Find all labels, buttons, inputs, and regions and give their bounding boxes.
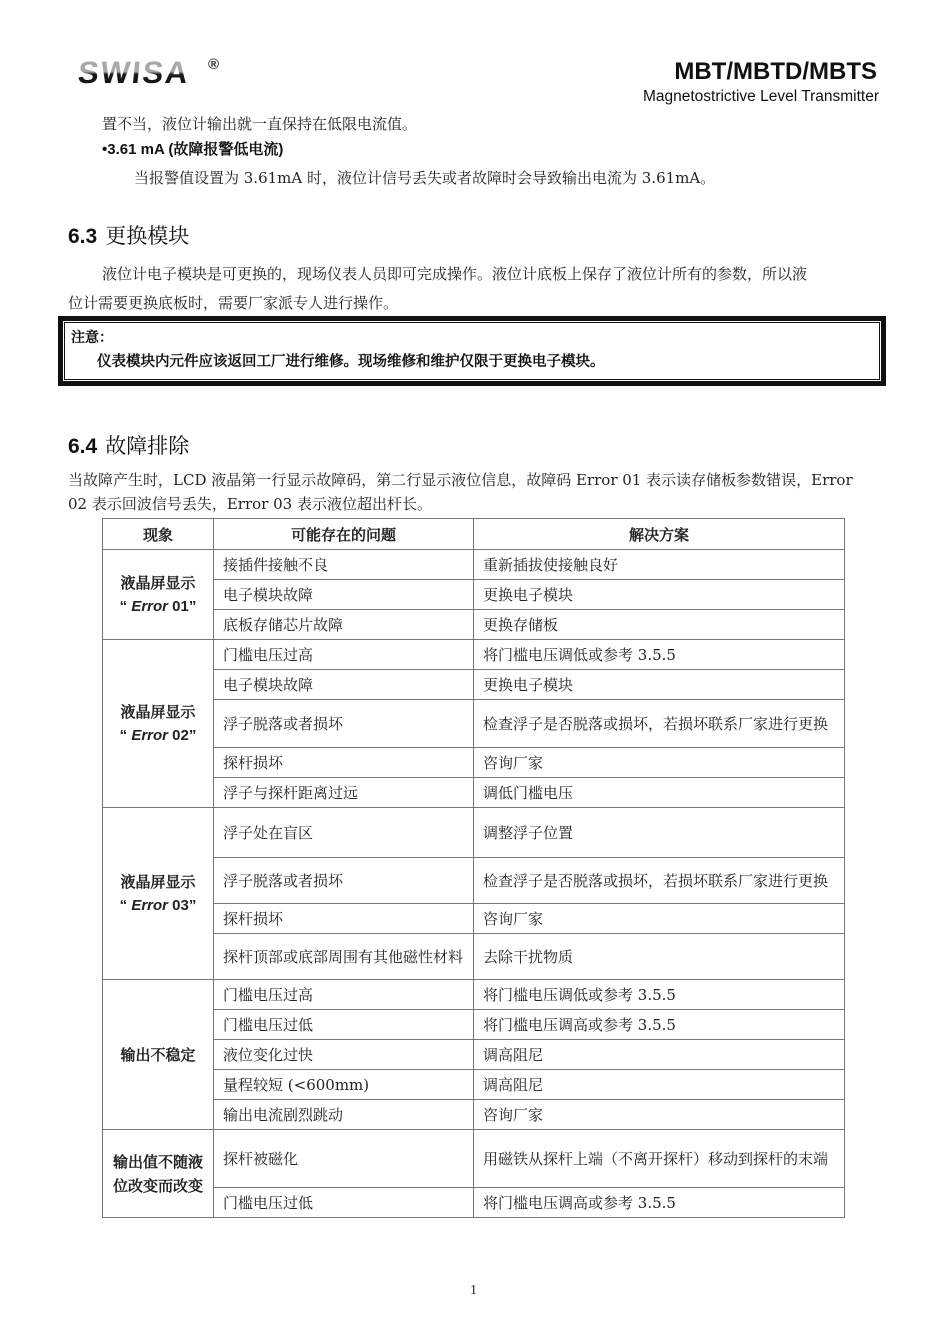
solution-cell: 将门槛电压调低或参考 3.5.5 [474,640,845,670]
solution-cell: 重新插拔使接触良好 [474,550,845,580]
error-word: Error [131,897,168,914]
problem-cell: 门槛电压过低 [214,1188,474,1218]
table-row: 探杆损坏 咨询厂家 [103,904,845,934]
solution-cell: 检查浮子是否脱落或损坏，若损坏联系厂家进行更换 [474,700,845,748]
problem-cell: 探杆损坏 [214,748,474,778]
intro-line: 置不当，液位计输出就一直保持在低限电流值。 [102,114,417,134]
error-number: 02” [168,727,196,744]
table-row: 液位变化过快 调高阻尼 [103,1040,845,1070]
note-body: 仪表模块内元件应该返回工厂进行维修。现场维修和维护仅限于更换电子模块。 [97,350,605,371]
error-code: “ Error 02” [107,724,209,748]
table-row: 液晶屏显示 “ Error 02” 门槛电压过高 将门槛电压调低或参考 3.5.… [103,640,845,670]
problem-cell: 量程较短 (<600mm) [214,1070,474,1100]
table-row: 输出值不随液位改变而改变 探杆被磁化 用磁铁从探杆上端（不离开探杆）移动到探杆的… [103,1130,845,1188]
symptom-label: 液晶屏显示 [107,870,209,894]
troubleshooting-table: 现象 可能存在的问题 解决方案 液晶屏显示 “ Error 01” 接插件接触不… [102,518,845,1218]
problem-cell: 浮子脱落或者损坏 [214,858,474,904]
section-paragraph-line: 位计需要更换底板时，需要厂家派专人进行操作。 [68,293,398,313]
table-row: 输出不稳定 门槛电压过高 将门槛电压调低或参考 3.5.5 [103,980,845,1010]
symptom-cell: 液晶屏显示 “ Error 03” [103,808,214,980]
solution-cell: 调高阻尼 [474,1040,845,1070]
solution-cell: 更换电子模块 [474,580,845,610]
solution-cell: 将门槛电压调高或参考 3.5.5 [474,1188,845,1218]
solution-cell: 调高阻尼 [474,1070,845,1100]
solution-cell: 用磁铁从探杆上端（不离开探杆）移动到探杆的末端 [474,1130,845,1188]
table-row: 门槛电压过低 将门槛电压调高或参考 3.5.5 [103,1188,845,1218]
problem-cell: 门槛电压过高 [214,980,474,1010]
table-row: 电子模块故障 更换电子模块 [103,580,845,610]
product-model: MBT/MBTD/MBTS [674,58,877,86]
bullet-heading: •3.61 mA (故障报警低电流) [102,138,283,159]
table-row: 底板存储芯片故障 更换存储板 [103,610,845,640]
product-subtitle: Magnetostrictive Level Transmitter [643,88,879,106]
section-paragraph-line: 液位计电子模块是可更换的，现场仪表人员即可完成操作。液位计底板上保存了液位计所有… [102,264,807,284]
solution-cell: 检查浮子是否脱落或损坏，若损坏联系厂家进行更换 [474,858,845,904]
table-row: 浮子脱落或者损坏 检查浮子是否脱落或损坏，若损坏联系厂家进行更换 [103,858,845,904]
symptom-cell: 液晶屏显示 “ Error 02” [103,640,214,808]
quote-open: “ [120,897,132,914]
problem-cell: 门槛电压过低 [214,1010,474,1040]
table-row: 电子模块故障 更换电子模块 [103,670,845,700]
section-heading-6-3: 6.3更换模块 [68,220,189,250]
problem-cell: 接插件接触不良 [214,550,474,580]
problem-cell: 电子模块故障 [214,670,474,700]
error-word: Error [131,727,168,744]
problem-cell: 门槛电压过高 [214,640,474,670]
intro-description: 当报警值设置为 3.61mA 时，液位计信号丢失或者故障时会导致输出电流为 3.… [134,168,715,188]
section-heading-6-4: 6.4故障排除 [68,430,189,460]
symptom-cell: 输出值不随液位改变而改变 [103,1130,214,1218]
problem-cell: 探杆损坏 [214,904,474,934]
problem-cell: 浮子与探杆距离过远 [214,778,474,808]
problem-cell: 输出电流剧烈跳动 [214,1100,474,1130]
problem-cell: 浮子处在盲区 [214,808,474,858]
problem-cell: 电子模块故障 [214,580,474,610]
section-title: 更换模块 [105,224,189,248]
solution-cell: 更换存储板 [474,610,845,640]
solution-cell: 咨询厂家 [474,748,845,778]
table-row: 探杆损坏 咨询厂家 [103,748,845,778]
problem-cell: 探杆顶部或底部周围有其他磁性材料 [214,934,474,980]
symptom-cell: 液晶屏显示 “ Error 01” [103,550,214,640]
section-title: 故障排除 [105,434,189,458]
solution-cell: 咨询厂家 [474,904,845,934]
solution-cell: 咨询厂家 [474,1100,845,1130]
note-title: 注意： [71,327,113,347]
table-row: 输出电流剧烈跳动 咨询厂家 [103,1100,845,1130]
solution-cell: 去除干扰物质 [474,934,845,980]
solution-cell: 将门槛电压调高或参考 3.5.5 [474,1010,845,1040]
swisa-logo: SWISA [76,56,191,90]
error-code: “ Error 01” [107,595,209,619]
solution-cell: 调低门槛电压 [474,778,845,808]
quote-open: “ [120,727,132,744]
section-number: 6.3 [68,225,97,248]
header-problem: 可能存在的问题 [214,519,474,550]
section-number: 6.4 [68,435,97,458]
symptom-cell: 输出不稳定 [103,980,214,1130]
error-number: 03” [168,897,196,914]
table-row: 液晶屏显示 “ Error 01” 接插件接触不良 重新插拔使接触良好 [103,550,845,580]
section-paragraph-line: 当故障产生时，LCD 液晶第一行显示故障码，第二行显示液位信息，故障码 Erro… [68,470,853,490]
error-code: “ Error 03” [107,894,209,918]
symptom-label: 液晶屏显示 [107,700,209,724]
table-row: 探杆顶部或底部周围有其他磁性材料 去除干扰物质 [103,934,845,980]
problem-cell: 浮子脱落或者损坏 [214,700,474,748]
header-symptom: 现象 [103,519,214,550]
problem-cell: 底板存储芯片故障 [214,610,474,640]
page-number: 1 [470,1283,477,1299]
registered-mark-icon: ® [208,56,219,73]
solution-cell: 调整浮子位置 [474,808,845,858]
table-row: 浮子与探杆距离过远 调低门槛电压 [103,778,845,808]
table-row: 门槛电压过低 将门槛电压调高或参考 3.5.5 [103,1010,845,1040]
table-row: 液晶屏显示 “ Error 03” 浮子处在盲区 调整浮子位置 [103,808,845,858]
solution-cell: 将门槛电压调低或参考 3.5.5 [474,980,845,1010]
error-word: Error [131,598,168,615]
quote-open: “ [120,598,132,615]
solution-cell: 更换电子模块 [474,670,845,700]
table-row: 浮子脱落或者损坏 检查浮子是否脱落或损坏，若损坏联系厂家进行更换 [103,700,845,748]
table-row: 量程较短 (<600mm) 调高阻尼 [103,1070,845,1100]
note-box: 注意： 仪表模块内元件应该返回工厂进行维修。现场维修和维护仅限于更换电子模块。 [58,316,886,386]
header-solution: 解决方案 [474,519,845,550]
section-paragraph-line: 02 表示回波信号丢失，Error 03 表示液位超出杆长。 [68,494,432,514]
symptom-label: 液晶屏显示 [107,571,209,595]
problem-cell: 液位变化过快 [214,1040,474,1070]
problem-cell: 探杆被磁化 [214,1130,474,1188]
error-number: 01” [168,598,196,615]
table-header-row: 现象 可能存在的问题 解决方案 [103,519,845,550]
